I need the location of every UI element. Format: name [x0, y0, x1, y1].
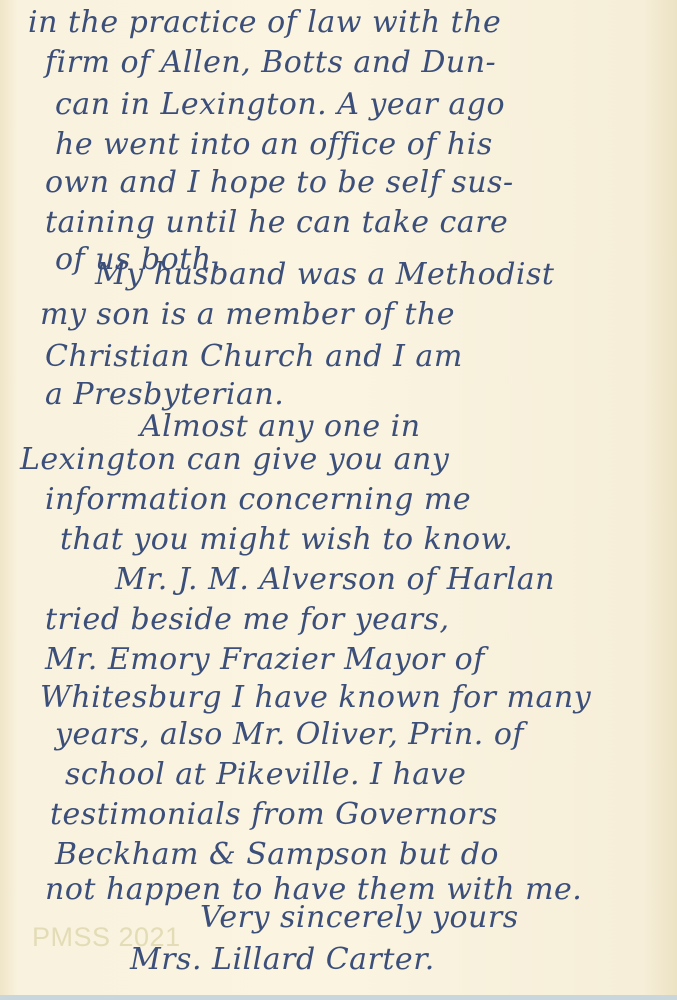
handwritten-line: Lexington can give you any — [20, 445, 449, 475]
handwritten-line: a Presbyterian. — [45, 380, 284, 410]
handwritten-line: school at Pikeville. I have — [65, 760, 466, 790]
handwritten-line: Beckham & Sampson but do — [55, 840, 499, 870]
scan-edge — [0, 995, 677, 1000]
handwritten-line: taining until he can take care — [45, 208, 508, 238]
handwritten-line: My husband was a Methodist — [95, 260, 554, 290]
handwritten-line: years, also Mr. Oliver, Prin. of — [55, 720, 524, 750]
handwritten-line: own and I hope to be self sus- — [45, 168, 514, 198]
handwritten-line: Whitesburg I have known for many — [40, 683, 591, 713]
handwritten-line: Christian Church and I am — [45, 342, 463, 372]
handwritten-line: Very sincerely yours — [200, 903, 519, 933]
handwritten-line: my son is a member of the — [40, 300, 455, 330]
handwritten-line: Mr. J. M. Alverson of Harlan — [115, 565, 555, 595]
handwritten-line: Mr. Emory Frazier Mayor of — [45, 645, 485, 675]
watermark: PMSS 2021 — [32, 922, 181, 953]
handwritten-line: he went into an office of his — [55, 130, 493, 160]
handwritten-line: information concerning me — [45, 485, 471, 515]
letter-page: in the practice of law with thefirm of A… — [0, 0, 677, 995]
handwritten-line: firm of Allen, Botts and Dun- — [45, 48, 496, 78]
handwritten-line: Almost any one in — [140, 412, 421, 442]
handwritten-line: in the practice of law with the — [28, 8, 501, 38]
handwritten-line: that you might wish to know. — [60, 525, 513, 555]
handwritten-line: testimonials from Governors — [50, 800, 498, 830]
handwritten-line: can in Lexington. A year ago — [55, 90, 505, 120]
handwritten-line: tried beside me for years, — [45, 605, 450, 635]
